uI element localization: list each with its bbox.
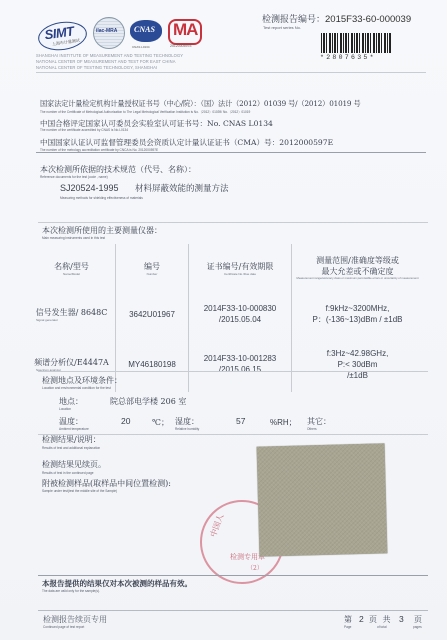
cell-name: 信号发生器/ 8648C Signal generator <box>28 292 116 336</box>
others-label-en: Others <box>307 427 317 431</box>
stamp-index: （2） <box>247 563 263 572</box>
report-number: 检测报告编号：2015F33-60-000039 <box>262 12 411 25</box>
cnas-logo: CNAS <box>130 20 162 42</box>
header-divider <box>36 72 426 73</box>
cert-cma: 中国国家认证认可监督管理委员会资质认定计量认证证书（CMA）号：20120005… <box>40 137 333 148</box>
results-continued-en: Results of test in the continued page <box>42 471 94 475</box>
page-en: Page <box>344 625 351 629</box>
col-header-range: 测量范围/准确度等级或 最大允差或不确定度 Measurement range/… <box>292 244 424 292</box>
cma-logo: MA <box>168 19 202 45</box>
page-of-label: 页 共 <box>369 614 391 625</box>
reference-name: 材料屏蔽效能的测量方法 <box>135 182 229 194</box>
page-end-label: 页 <box>414 614 422 625</box>
cnas-logo-sub: CNAS L0134 <box>132 45 150 49</box>
reference-name-en: Measuring methods for shielding effectiv… <box>60 196 143 200</box>
cell-number: MY46180198 <box>116 336 189 392</box>
divider <box>38 575 428 576</box>
page-label: 第 <box>344 614 352 625</box>
footer-continued-page-en: Continued page of test report <box>43 625 84 629</box>
table-header-row: 名称/型号 Name/Model 编号 Number 证书编号/有效期限 Cer… <box>28 244 423 292</box>
results-continued: 检测结果见续页。 <box>42 459 106 470</box>
pages-en: pages <box>413 625 422 629</box>
cell-certificate: 2014F33-10-000830 /2015.05.04 <box>189 292 292 336</box>
institute-name-line: SHANGHAI INSTITUTE OF MEASUREMENT AND TE… <box>36 53 183 58</box>
humidity-unit: %RH； <box>270 417 297 428</box>
reference-title: 本次检测所依据的技术规范（代号、名称）： <box>40 164 196 175</box>
divider <box>36 152 426 153</box>
sample-attached-en: Sample under test(test the middle site o… <box>42 489 117 493</box>
temperature-label: 温度： <box>59 416 83 427</box>
humidity-label-en: Relative humidity <box>175 427 199 431</box>
col-header-certificate: 证书编号/有效期限 Certificate No./Due date <box>189 244 292 292</box>
cell-number: 3642U01967 <box>116 292 189 336</box>
instruments-title-en: Main measuring instruments used in this … <box>42 236 105 240</box>
simt-logo: SIMT 上海市计量测试 <box>36 19 88 54</box>
location-title-en: Location and environmental condition for… <box>42 386 111 390</box>
cma-logo-sub: 2012000597E <box>170 44 192 48</box>
col-header-number: 编号 Number <box>116 244 189 292</box>
institute-name-line: NATIONAL CENTER OF MEASUREMENT AND TEST … <box>36 59 176 64</box>
sample-attached: 附被检测样品(取样品中间位置检测): <box>42 478 171 489</box>
report-number-en: Test report series No. <box>263 25 301 30</box>
barcode-text: *2807635* <box>320 54 376 61</box>
of-total-en: of total <box>377 625 387 629</box>
cert-metrology-authorization-en: The number of the Certificate of Metrolo… <box>40 109 250 114</box>
humidity-value: 57 <box>236 416 245 426</box>
institute-name-line: NATIONAL CENTER OF TESTING TECHNOLOGY, S… <box>36 65 157 70</box>
results-title: 检测结果/说明： <box>42 434 101 445</box>
temperature-label-en: Ambient temperature <box>59 427 89 431</box>
cert-metrology-authorization: 国家法定计量检定机构计量授权证书号（中心/院）：（国）法计（2012）01039… <box>40 99 361 109</box>
temperature-unit: ℃； <box>152 417 169 428</box>
location-label: 地点： <box>59 396 83 407</box>
location-title: 检测地点及环境条件： <box>42 375 122 386</box>
results-title-en: Results of test and additional explanati… <box>42 446 100 450</box>
cell-range: f:3Hz~42.98GHz, P:< 30dBm /±1dB <box>292 336 424 392</box>
barcode <box>321 33 391 53</box>
page-number: 2 <box>359 614 364 624</box>
col-header-name: 名称/型号 Name/Model <box>28 244 116 292</box>
validity-notice: 本报告提供的结果仅对本次被测的样品有效。 <box>42 578 192 589</box>
sample-material-swatch <box>257 443 388 556</box>
humidity-label: 湿度： <box>175 416 199 427</box>
location-value: 院总部电学楼 206 室 <box>110 396 186 407</box>
divider <box>38 371 428 372</box>
footer-divider <box>38 610 428 611</box>
others-label: 其它： <box>307 416 331 427</box>
report-number-value: 2015F33-60-000039 <box>325 14 411 25</box>
footer-continued-page: 检测报告续页专用 <box>43 614 107 625</box>
report-page: SIMT 上海市计量测试 ilac-MRA CNAS CNAS L0134 MA… <box>0 0 447 640</box>
reference-code: SJ20524-1995 <box>60 183 119 193</box>
table-row: 信号发生器/ 8648C Signal generator 3642U01967… <box>28 292 423 336</box>
temperature-value: 20 <box>121 416 130 426</box>
cert-cnas-en: The number of the certificate accredited… <box>40 128 128 132</box>
divider <box>38 222 428 223</box>
instruments-table: 名称/型号 Name/Model 编号 Number 证书编号/有效期限 Cer… <box>28 244 423 392</box>
page-total: 3 <box>399 614 404 624</box>
validity-notice-en: The data are valid only for the sample(s… <box>42 589 100 593</box>
cell-range: f:9kHz~3200MHz, P：(-136~13)dBm / ±1dB <box>292 292 424 336</box>
ilac-mra-logo: ilac-MRA <box>93 17 125 49</box>
cell-certificate: 2014F33-10-001283 /2015.06.15 <box>189 336 292 392</box>
instruments-title: 本次检测所使用的主要测量仪器： <box>42 225 162 236</box>
reference-title-en: Reference documents for the test (code ,… <box>40 175 108 179</box>
location-label-en: Location <box>59 407 71 411</box>
